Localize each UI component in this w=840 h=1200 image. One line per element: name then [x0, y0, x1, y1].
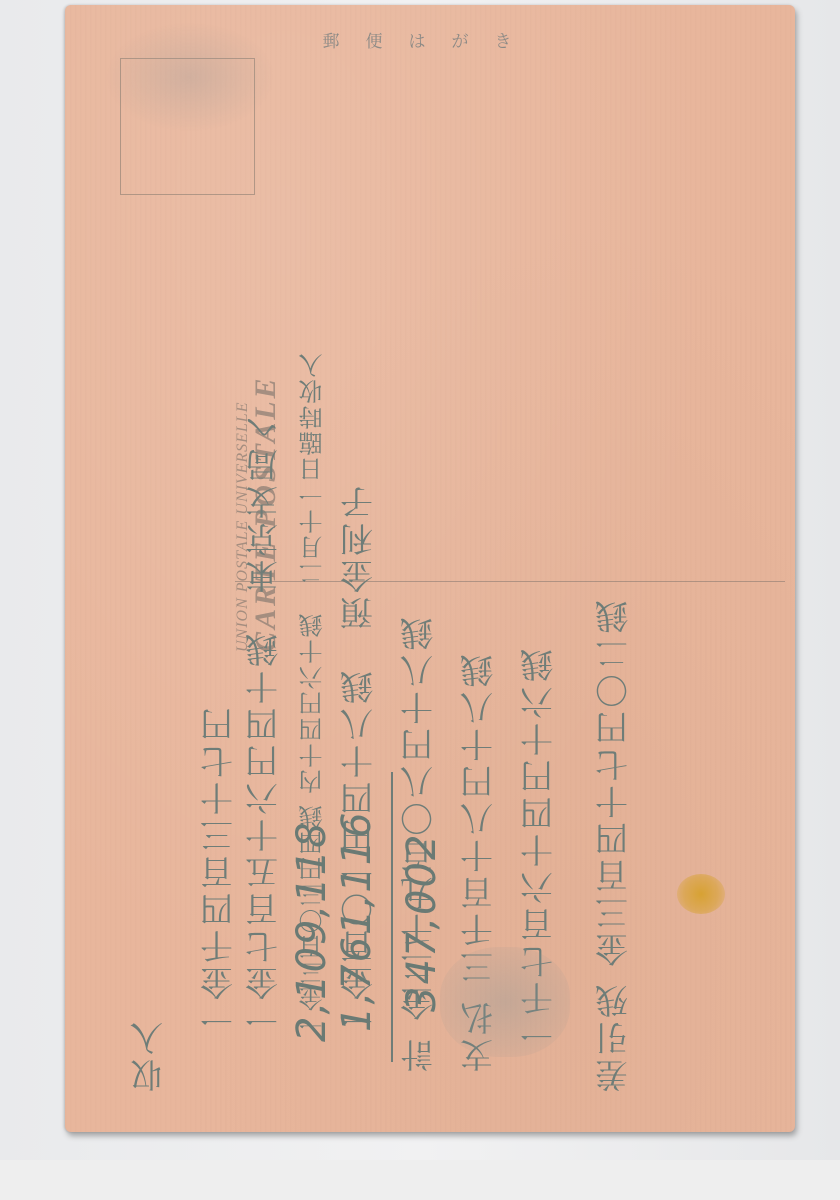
postcard-rotated-content: 郵便はがき UNION POSTALE UNIVERSELLE CARTE PO… [65, 5, 795, 1132]
yellow-stain [677, 874, 725, 914]
handwriting-heading: 収入 [132, 1018, 165, 1092]
stamp-area-smudge [105, 22, 275, 132]
calc-result: 347,002 [399, 833, 445, 1012]
calc-sum-rule [391, 772, 393, 1062]
postcard: 郵便はがき UNION POSTALE UNIVERSELLE CARTE PO… [65, 5, 795, 1132]
calc-line-1: 2,109,118 [289, 820, 335, 1042]
handwriting-balance: 差引残 金三百四十七円〇二銭 [597, 597, 630, 1093]
gray-smudge [440, 947, 570, 1057]
calc-line-2: 1,761,116 [334, 810, 380, 1032]
handwriting-line-1: 一金千四百三十七円 [202, 704, 235, 1037]
